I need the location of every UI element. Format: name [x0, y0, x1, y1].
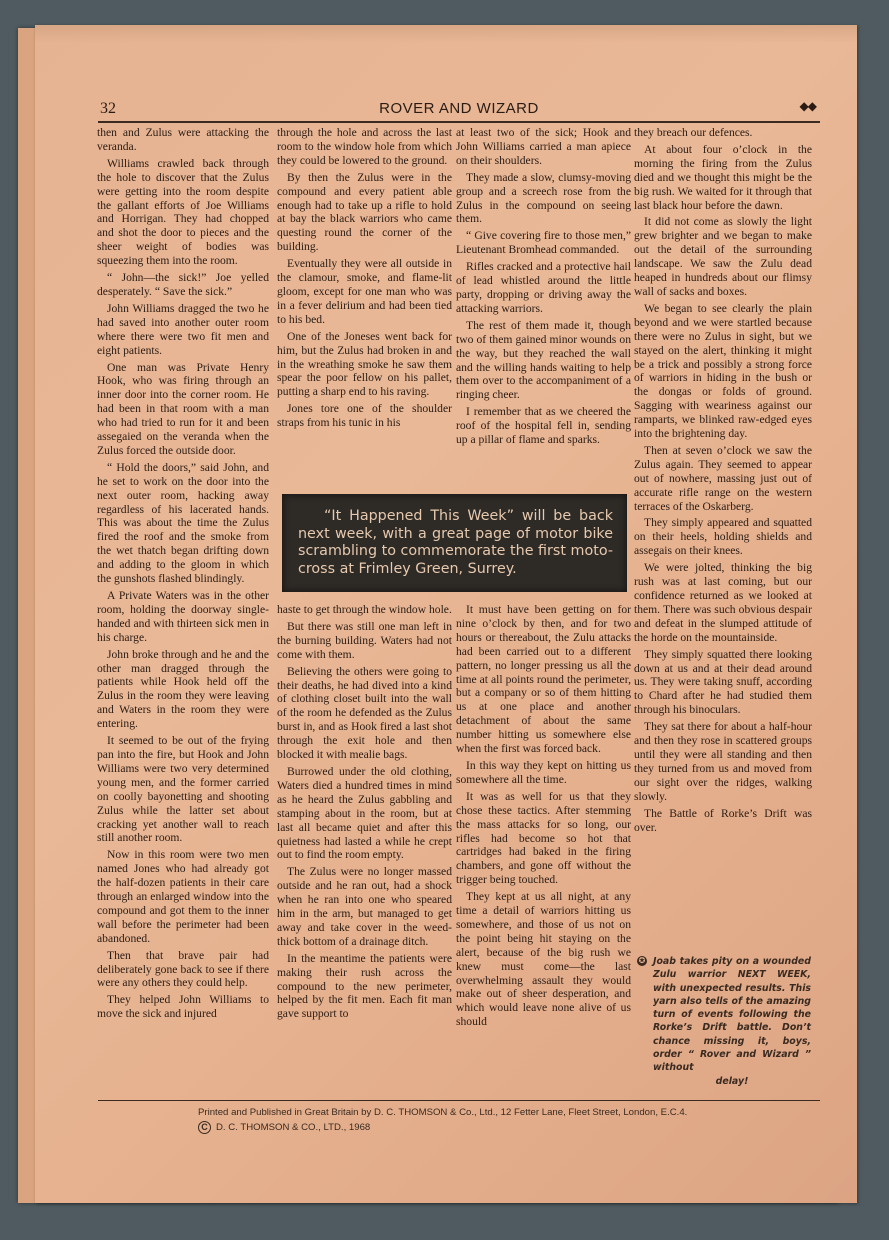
paragraph: They simply squatted there looking down … — [634, 648, 812, 718]
paragraph: The Zulus were no longer massed outside … — [277, 865, 452, 948]
paragraph: They simply appeared and squatted on the… — [634, 516, 812, 558]
paragraph: Burrowed under the old clothing, Waters … — [277, 765, 452, 862]
next-week-text: Joab takes pity on a wounded Zulu warrio… — [653, 956, 811, 1073]
paragraph: The Battle of Rorke’s Drift was over. — [634, 807, 812, 835]
paragraph: then and Zulus were attacking the verand… — [97, 126, 269, 154]
paragraph: They helped John Williams to move the si… — [97, 993, 269, 1021]
copyright-line: D. C. THOMSON & CO., LTD., 1968 — [216, 1122, 370, 1133]
paragraph: One man was Private Henry Hook, who was … — [97, 361, 269, 458]
paragraph: A Private Waters was in the other room, … — [97, 589, 269, 645]
paragraph: I remember that as we cheered the roof o… — [456, 405, 631, 447]
article-column-1: then and Zulus were attacking the verand… — [97, 126, 269, 1024]
paragraph: They sat there for about a half-hour and… — [634, 720, 812, 803]
copyright-line-wrap: CD. C. THOMSON & CO., LTD., 1968 — [198, 1120, 687, 1135]
article-column-4: they breach our defences.At about four o… — [634, 126, 812, 837]
paragraph: It did not come as slowly the light grew… — [634, 215, 812, 298]
paragraph: through the hole and across the last roo… — [277, 126, 452, 168]
next-week-teaser: ✪ Joab takes pity on a wounded Zulu warr… — [637, 955, 811, 1088]
running-head: 32 ROVER AND WIZARD ◆◆ — [98, 99, 820, 123]
article-column-2-top: through the hole and across the last roo… — [277, 126, 452, 433]
paragraph: It was as well for us that they chose th… — [456, 790, 631, 887]
paragraph: John Williams dragged the two he had sav… — [97, 302, 269, 358]
paragraph: The rest of them made it, though two of … — [456, 319, 631, 402]
magazine-page: 32 ROVER AND WIZARD ◆◆ then and Zulus we… — [35, 25, 857, 1203]
paragraph: They kept at us all night, at any time a… — [456, 890, 631, 1029]
paragraph: Then that brave pair had deliberately go… — [97, 949, 269, 991]
publisher-line: Printed and Published in Great Britain b… — [198, 1105, 687, 1120]
paragraph: One of the Joneses went back for him, bu… — [277, 330, 452, 400]
copyright-icon: C — [198, 1121, 211, 1134]
paragraph: “ Give covering fire to those men,” Lieu… — [456, 229, 631, 257]
paragraph: We were jolted, thinking the big rush wa… — [634, 561, 812, 644]
paragraph: Eventually they were all outside in the … — [277, 257, 452, 327]
next-week-last-line: delay! — [653, 1075, 811, 1088]
paragraph: In the meantime the patients were making… — [277, 952, 452, 1022]
paragraph: Rifles cracked and a protective hail of … — [456, 260, 631, 316]
promo-box: “It Happened This Week” will be back nex… — [282, 494, 627, 592]
paragraph: Believing the others were going to their… — [277, 665, 452, 762]
paragraph: “ Hold the doors,” said John, and he set… — [97, 461, 269, 586]
paragraph: Williams crawled back through the hole t… — [97, 157, 269, 268]
paragraph: “ John—the sick!” Joe yelled desperately… — [97, 271, 269, 299]
paragraph: Then at seven o’clock we saw the Zulus a… — [634, 444, 812, 514]
paragraph: they breach our defences. — [634, 126, 812, 140]
paragraph: By then the Zulus were in the compound a… — [277, 171, 452, 254]
paragraph: They made a slow, clumsy-moving group an… — [456, 171, 631, 227]
paragraph: Now in this room were two men named Jone… — [97, 848, 269, 945]
star-bullet-icon: ✪ — [637, 956, 647, 966]
paragraph: at least two of the sick; Hook and John … — [456, 126, 631, 168]
article-column-2-bottom: haste to get through the window hole.But… — [277, 603, 452, 1024]
article-column-3-bottom: It must have been getting on for nine o’… — [456, 603, 631, 1032]
paragraph: It seemed to be out of the frying pan in… — [97, 734, 269, 845]
paragraph: John broke through and he and the other … — [97, 648, 269, 731]
paragraph: Jones tore one of the shoulder straps fr… — [277, 402, 452, 430]
double-diamond-icon: ◆◆ — [800, 99, 816, 113]
paragraph: haste to get through the window hole. — [277, 603, 452, 617]
magazine-title: ROVER AND WIZARD — [98, 100, 820, 117]
article-column-3-top: at least two of the sick; Hook and John … — [456, 126, 631, 450]
paragraph: At about four o’clock in the morning the… — [634, 143, 812, 213]
footer-rule — [98, 1100, 820, 1101]
paragraph: In this way they kept on hitting us some… — [456, 759, 631, 787]
paragraph: It must have been getting on for nine o’… — [456, 603, 631, 756]
imprint: Printed and Published in Great Britain b… — [198, 1105, 687, 1135]
paragraph: But there was still one man left in the … — [277, 620, 452, 662]
paragraph: We began to see clearly the plain beyond… — [634, 302, 812, 441]
